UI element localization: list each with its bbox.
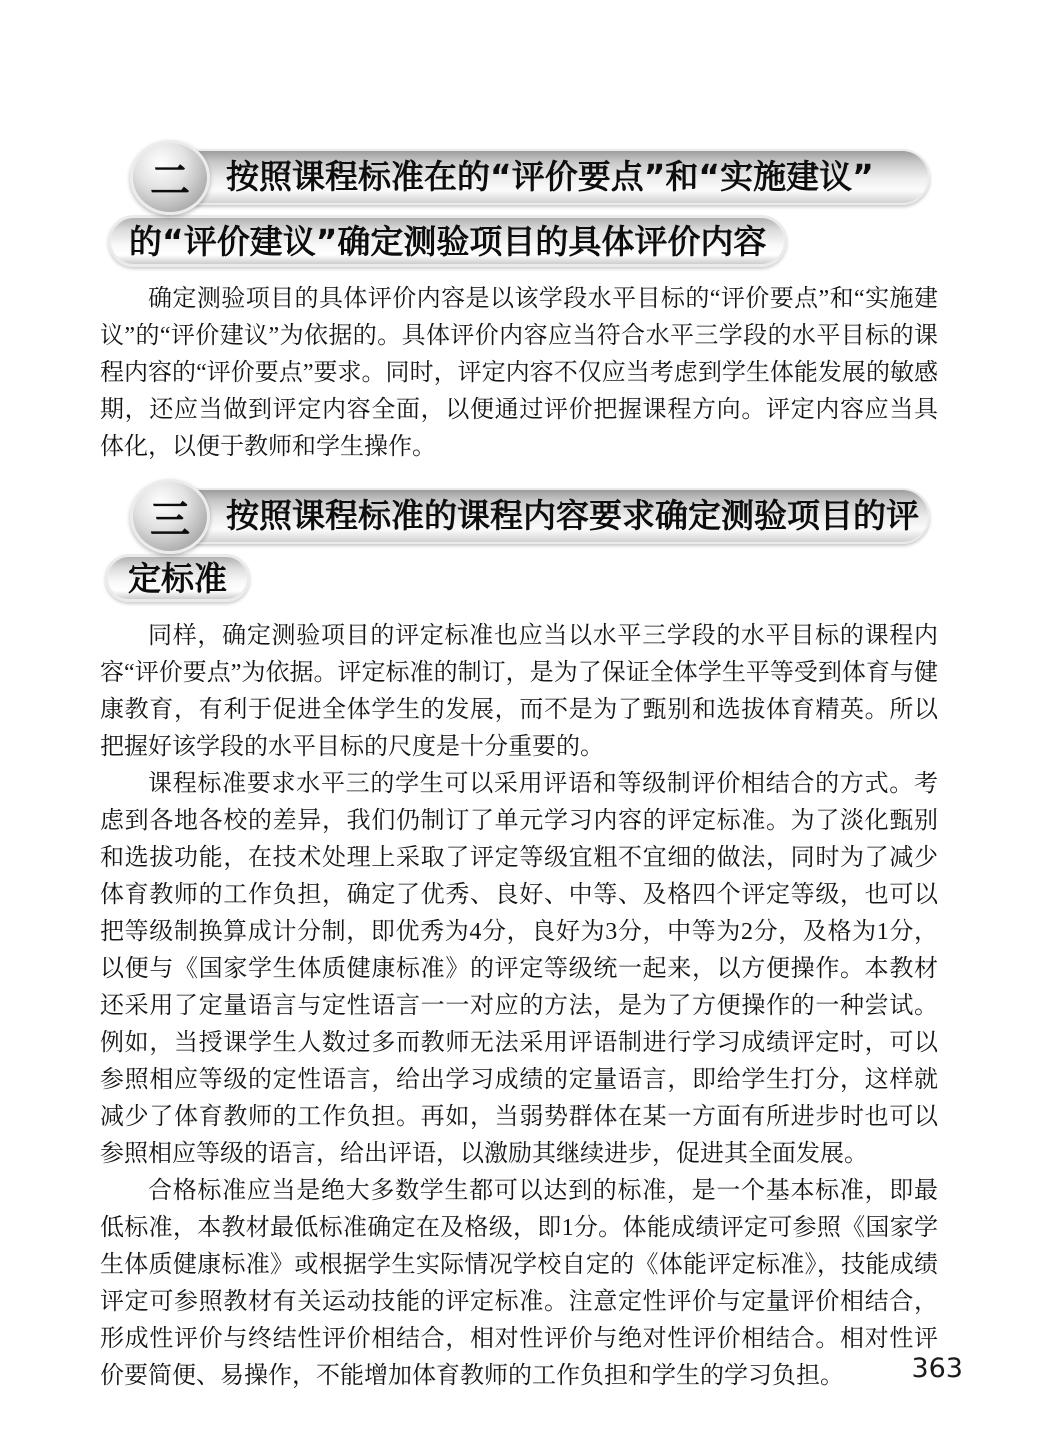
section-2-title-bar: 按照课程标准在的“评价要点”和“实施建议” (150, 149, 930, 205)
book-page: 按照课程标准在的“评价要点”和“实施建议” 二 的“评价建议”确定测验项目的具体… (0, 0, 1038, 1452)
section-3-title-line2: 定标准 (105, 554, 250, 602)
section-3-number-badge: 三 (130, 479, 210, 554)
paragraph: 同样，确定测验项目的评定标准也应当以水平三学段的水平目标的课程内容“评价要点”为… (100, 618, 938, 766)
section-3-title-bar: 按照课程标准的课程内容要求确定测验项目的评 (150, 488, 930, 544)
section-2-heading: 按照课程标准在的“评价要点”和“实施建议” 二 的“评价建议”确定测验项目的具体… (0, 0, 1038, 267)
paragraph: 课程标准要求水平三的学生可以采用评语和等级制评价相结合的方式。考虑到各地各校的差… (100, 766, 938, 1173)
paragraph: 确定测验项目的具体评价内容是以该学段水平目标的“评价要点”和“实施建议”的“评价… (100, 281, 938, 466)
paragraph: 合格标准应当是绝大多数学生都可以达到的标准，是一个基本标准，即最低标准，本教材最… (100, 1173, 938, 1395)
section-2-number-badge: 二 (130, 140, 210, 215)
section-2-heading-row: 按照课程标准在的“评价要点”和“实施建议” 二 (0, 139, 1038, 215)
section-3-body: 同样，确定测验项目的评定标准也应当以水平三学段的水平目标的课程内容“评价要点”为… (100, 618, 938, 1395)
page-number: 363 (911, 1353, 963, 1384)
section-3-heading-row: 按照课程标准的课程内容要求确定测验项目的评 三 (0, 478, 1038, 554)
section-2-body: 确定测验项目的具体评价内容是以该学段水平目标的“评价要点”和“实施建议”的“评价… (100, 281, 938, 466)
section-3-heading: 按照课程标准的课程内容要求确定测验项目的评 三 定标准 (0, 478, 1038, 602)
section-2-title-line2: 的“评价建议”确定测验项目的具体评价内容 (108, 215, 787, 267)
section-2-title-line1: 按照课程标准在的“评价要点”和“实施建议” (152, 151, 928, 203)
section-3-title-line1: 按照课程标准的课程内容要求确定测验项目的评 (152, 490, 928, 542)
